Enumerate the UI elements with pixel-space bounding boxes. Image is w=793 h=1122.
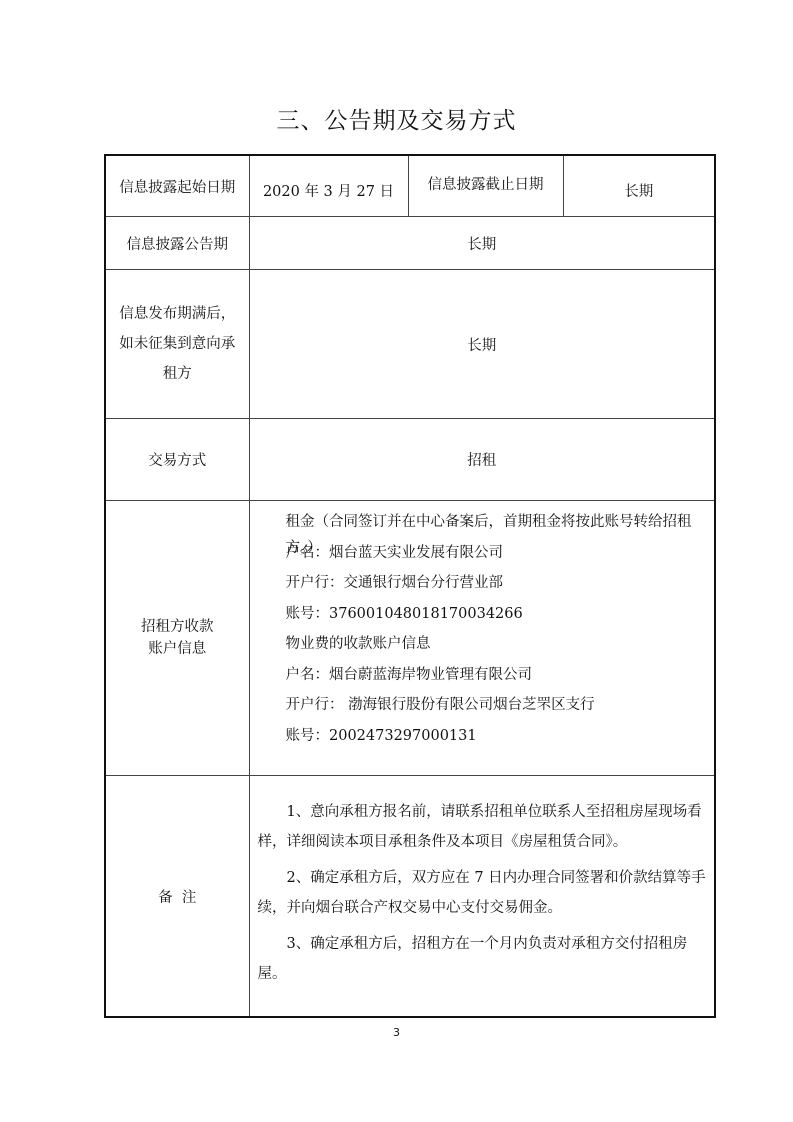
accounts-label: 招租方收款 账户信息 <box>105 501 249 776</box>
note-item: 3、确定承租方后，招租方在一个月内负责对承租方交付招租房屋。 <box>258 929 707 989</box>
property-account-bank: 开户行： 渤海银行股份有限公司烟台芝罘区支行 <box>286 692 715 723</box>
property-fee-heading: 物业费的收款账户信息 <box>286 631 715 662</box>
table-row-dates: 信息披露起始日期 2020 年 3 月 27 日 信息披露截止日期 长期 <box>105 155 715 217</box>
start-date-value: 2020 年 3 月 27 日 <box>249 155 408 217</box>
rent-account-name: 户名：烟台蓝天实业发展有限公司 <box>286 540 715 571</box>
period-value: 长期 <box>249 217 715 270</box>
table-row-expiry: 信息发布期满后， 如未征集到意向承 租方 长期 <box>105 270 715 419</box>
table-row-notes: 备 注 1、意向承租方报名前，请联系招租单位联系人至招租房屋现场看样，详细阅读本… <box>105 776 715 1018</box>
end-date-value: 长期 <box>563 155 715 217</box>
expiry-label-line: 信息发布期满后， <box>106 299 249 329</box>
notes-content: 1、意向承租方报名前，请联系招租单位联系人至招租房屋现场看样，详细阅读本项目承租… <box>249 776 715 1018</box>
start-date-label: 信息披露起始日期 <box>105 155 249 217</box>
disclosure-table: 信息披露起始日期 2020 年 3 月 27 日 信息披露截止日期 长期 信息披… <box>104 154 716 1018</box>
method-label: 交易方式 <box>105 419 249 501</box>
expiry-label-line: 租方 <box>106 359 249 389</box>
note-item: 2、确定承租方后，双方应在 7 日内办理合同签署和价款结算等手续，并向烟台联合产… <box>258 863 707 923</box>
property-account-number: 账号：2002473297000131 <box>286 723 715 754</box>
end-date-label: 信息披露截止日期 <box>408 155 563 217</box>
expiry-value: 长期 <box>249 270 715 419</box>
method-value: 招租 <box>249 419 715 501</box>
property-account-name: 户名：烟台蔚蓝海岸物业管理有限公司 <box>286 662 715 693</box>
section-title: 三、公告期及交易方式 <box>0 102 793 135</box>
rent-account-number: 账号：376001048018170034266 <box>286 601 715 632</box>
period-label: 信息披露公告期 <box>105 217 249 270</box>
rent-account-bank: 开户行：交通银行烟台分行营业部 <box>286 570 715 601</box>
table-row-method: 交易方式 招租 <box>105 419 715 501</box>
table-row-accounts: 招租方收款 账户信息 租金（合同签订并在中心备案后，首期租金将按此账号转给招租方… <box>105 501 715 776</box>
accounts-label-line: 账户信息 <box>106 638 249 660</box>
note-item: 1、意向承租方报名前，请联系招租单位联系人至招租房屋现场看样，详细阅读本项目承租… <box>258 797 707 857</box>
page-number: 3 <box>0 1026 793 1039</box>
expiry-label-line: 如未征集到意向承 <box>106 329 249 359</box>
rent-account-heading: 租金（合同签订并在中心备案后，首期租金将按此账号转给招租方。） <box>286 509 715 540</box>
table-row-period: 信息披露公告期 长期 <box>105 217 715 270</box>
expiry-label: 信息发布期满后， 如未征集到意向承 租方 <box>105 270 249 419</box>
notes-label: 备 注 <box>105 776 249 1018</box>
accounts-label-line: 招租方收款 <box>106 616 249 638</box>
accounts-info: 租金（合同签订并在中心备案后，首期租金将按此账号转给招租方。） 户名：烟台蓝天实… <box>249 501 715 776</box>
